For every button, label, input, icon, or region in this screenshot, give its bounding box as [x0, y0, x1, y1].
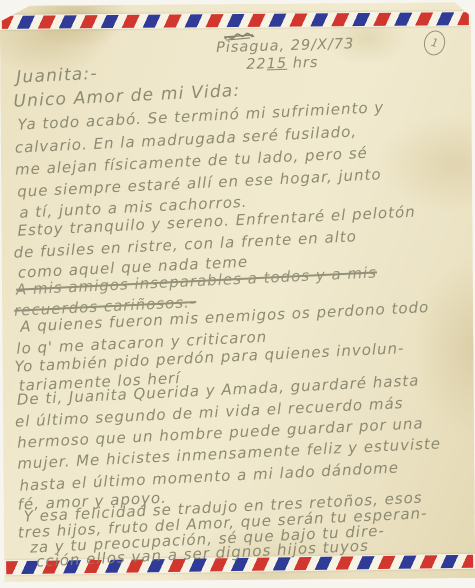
time-hours: 22	[246, 56, 267, 73]
letter-paper: 1 Pisagua, 29/X/73 2215 hrs Juanita:- Un…	[0, 2, 475, 582]
page-number: 1	[430, 36, 440, 50]
time-minutes: 15	[266, 56, 287, 73]
time-unit: hrs	[287, 55, 319, 72]
salutation-line: Juanita:-	[16, 64, 98, 88]
airmail-border-top	[0, 11, 471, 30]
airmail-stripes-icon	[2, 12, 469, 29]
date-line: Pisagua, 29/X/73	[216, 36, 355, 56]
page-number-badge: 1	[421, 28, 447, 57]
scanned-letter-photo: 1 Pisagua, 29/X/73 2215 hrs Juanita:- Un…	[0, 0, 475, 588]
time-line: 2215 hrs	[246, 55, 319, 73]
